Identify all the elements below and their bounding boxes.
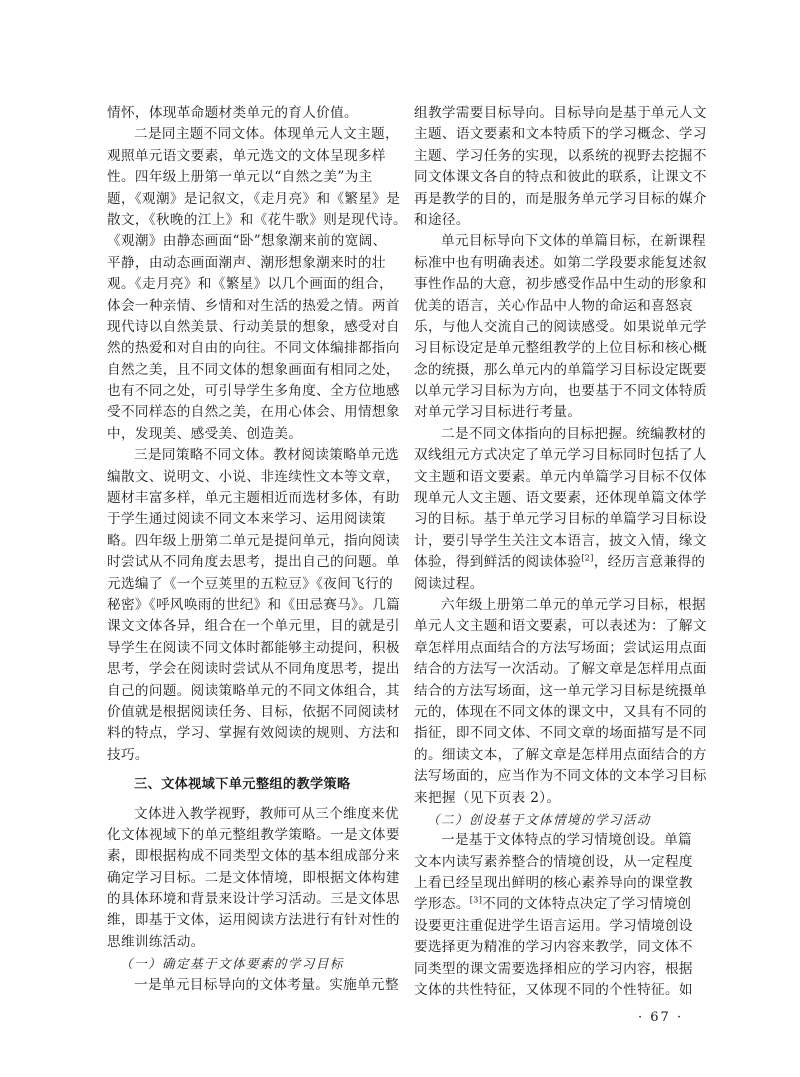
text-line: 章怎样用点面结合的方法写场面；尝试运用点面: [414, 638, 709, 659]
text-line: 学形态。[3]不同的文体特点决定了学习情境创: [414, 894, 709, 915]
text-line: 文主题和语文要素。单元内单篇学习目标不仅体: [414, 467, 709, 488]
line-text: 思考，学会在阅读时尝试从不同角度思考，提出: [107, 661, 400, 677]
line-text: 编散文、说明文、小说、非连续性文本等文章，: [107, 469, 400, 485]
text-line: 也有不同之处，可引导学生多角度、全方位地感: [107, 381, 402, 402]
text-line: 技巧。: [107, 745, 402, 766]
text-line: 结合的方法写场面，这一单元学习目标是统摄单: [414, 681, 709, 702]
right-column: 组教学需要目标导向。目标导向是基于单元人文主题、语文要素和文本特质下的学习概念、…: [414, 103, 709, 1001]
text-line: 乐，与他人交流自己的阅读感受。如果说单元学: [414, 317, 709, 338]
line-text: 主题、语文要素和文本特质下的学习概念、学习: [414, 126, 707, 142]
text-line: 文本内读写素养整合的情境创设，从一定程度: [414, 852, 709, 873]
text-line: 的。细读文本，了解文章是怎样用点面结合的方: [414, 745, 709, 766]
line-text: 思维训练活动。: [107, 934, 205, 950]
text-line: 现单元人文主题、语文要素，还体现单篇文体学: [414, 488, 709, 509]
text-line: 自己的问题。阅读策略单元的不同文体组合，其: [107, 681, 402, 702]
line-text: 以单元学习目标为方向，也要基于不同文体特质: [414, 383, 707, 399]
line-text: 自己的问题。阅读策略单元的不同文体组合，其: [107, 683, 400, 699]
citation-reference: [2]: [581, 554, 593, 563]
line-text: （一）确定基于文体要素的学习目标: [120, 956, 344, 971]
line-text: 单元目标导向下文体的单篇目标，在新课程: [441, 233, 706, 249]
line-text: 三是同策略不同文体。教材阅读策略单元选: [134, 447, 399, 463]
left-column: 情怀，体现革命题材类单元的育人价值。二是同主题不同文体。体现单元人文主题，观照单…: [107, 103, 402, 996]
line-text-continued: 不同的文体特点决定了学习情境创: [482, 896, 691, 912]
line-text: 二是不同文体指向的目标把握。统编教材的: [441, 426, 706, 442]
text-line: 编散文、说明文、小说、非连续性文本等文章，: [107, 467, 402, 488]
text-line: 自然之美，且不同文体的想象画面有相同之处，: [107, 360, 402, 381]
line-text: 体会一种亲情、乡情和对生活的热爱之情。两首: [107, 298, 400, 314]
text-line: 以单元学习目标为方向，也要基于不同文体特质: [414, 381, 709, 402]
line-text: 念的统摄，那么单元内的单篇学习目标设定既要: [414, 362, 707, 378]
line-text: 观照单元语文要素，单元选文的文体呈现多样: [107, 148, 386, 164]
line-text: 技巧。: [107, 747, 149, 763]
text-line: 化文体视域下的单元整组教学策略。一是文体要: [107, 825, 402, 846]
line-text: 现单元人文主题、语文要素，还体现单篇文体学: [414, 490, 707, 506]
line-text: 法写场面的，应当作为不同文体的文本学习目标: [414, 768, 707, 784]
line-text: 指征，即不同文体、不同文章的场面描写是不同: [414, 725, 707, 741]
line-text: 的具体环境和背景来设计学习活动。三是文体思: [107, 891, 400, 907]
line-text: 《观潮》由静态画面“卧”想象潮来前的宽阔、: [107, 233, 387, 249]
line-text: （二）创设基于文体情境的学习活动: [427, 812, 651, 827]
line-text: 性。四年级上册第一单元以“自然之美”为主: [107, 169, 373, 185]
text-line: 结合的方法写一次活动。了解文章是怎样用点面: [414, 659, 709, 680]
text-line: 一是单元目标导向的文体考量。实施单元整: [107, 975, 402, 996]
text-line: 事性作品的大意，初步感受作品中生动的形象和: [414, 274, 709, 295]
line-text: 素，即根据构成不同类型文体的基本组成部分来: [107, 848, 400, 864]
text-line: 六年级上册第二单元的单元学习目标，根据: [414, 595, 709, 616]
text-line: 习的目标。基于单元学习目标的单篇学习目标设: [414, 509, 709, 530]
text-line: 题材丰富多样，单元主题相近而选材多体，有助: [107, 488, 402, 509]
line-text: 价值就是根据阅读任务、目标，依据不同阅读材: [107, 704, 400, 720]
text-line: 散文，《秋晚的江上》和《花牛歌》则是现代诗。: [107, 210, 402, 231]
text-line: 主题、学习任务的实现，以系统的视野去挖掘不: [414, 146, 709, 167]
line-text: 平静，由动态画面潮声、潮形想象潮来时的壮: [107, 255, 386, 271]
text-line: 中，发现美、感受美、创造美。: [107, 424, 402, 445]
text-line: 导学生在阅读不同文体时都能够主动提问，积极: [107, 638, 402, 659]
line-text: 设要更注重促进学生语言运用。学习情境创设: [414, 918, 693, 934]
text-line: 略。四年级上册第二单元是提问单元，指向阅读: [107, 531, 402, 552]
text-line: 确定学习目标。二是文体情境，即根据文体构建: [107, 868, 402, 889]
text-line: 主题、语文要素和文本特质下的学习概念、学习: [414, 124, 709, 145]
text-line: 再是教学的目的，而是服务单元学习目标的媒介: [414, 189, 709, 210]
text-line: 和途径。: [414, 210, 709, 231]
line-text: 来把握（见下页表 2）。: [414, 790, 560, 806]
text-line: 平静，由动态画面潮声、潮形想象潮来时的壮: [107, 253, 402, 274]
line-text: 一是单元目标导向的文体考量。实施单元整: [134, 977, 399, 993]
line-text: 课文文体各异，组合在一个单元里，目的就是引: [107, 618, 400, 634]
line-text: 体验，得到鲜活的阅读体验: [414, 554, 581, 570]
line-text: 六年级上册第二单元的单元学习目标，根据: [441, 597, 706, 613]
citation-reference: [3]: [470, 896, 482, 905]
line-text: 文主题和语文要素。单元内单篇学习目标不仅体: [414, 469, 707, 485]
text-line: 受不同样态的自然之美，在用心体会、用情想象: [107, 402, 402, 423]
line-text: 中，发现美、感受美、创造美。: [107, 426, 302, 442]
line-text: 文本内读写素养整合的情境创设，从一定程度: [414, 854, 693, 870]
text-line: 素，即根据构成不同类型文体的基本组成部分来: [107, 846, 402, 867]
text-line: 元的，体现在不同文体的课文中，又具有不同的: [414, 702, 709, 723]
text-line: 秘密》《呼风唤雨的世纪》和《田忌赛马》。几篇: [107, 595, 402, 616]
text-line: 观照单元语文要素，单元选文的文体呈现多样: [107, 146, 402, 167]
line-text: 对单元学习目标进行考量。: [414, 404, 581, 420]
text-line: 体会一种亲情、乡情和对生活的热爱之情。两首: [107, 296, 402, 317]
line-text: 元的，体现在不同文体的课文中，又具有不同的: [414, 704, 707, 720]
text-line: 优美的语言，关心作品中人物的命运和喜怒哀: [414, 296, 709, 317]
subsection-heading: （二）创设基于文体情境的学习活动: [414, 809, 709, 830]
line-text: 习目标设定是单元整组教学的上位目标和核心概: [414, 340, 707, 356]
text-line: 思维训练活动。: [107, 932, 402, 953]
text-line: 时尝试从不同角度去思考，提出自己的问题。单: [107, 552, 402, 573]
line-text: 二是同主题不同文体。体现单元人文主题，: [134, 126, 399, 142]
line-text: 要选择更为精准的学习内容来教学，同文体不: [414, 939, 693, 955]
text-line: 单元目标导向下文体的单篇目标，在新课程: [414, 231, 709, 252]
line-text: 时尝试从不同角度去思考，提出自己的问题。单: [107, 554, 400, 570]
line-text: 事性作品的大意，初步感受作品中生动的形象和: [414, 276, 707, 292]
line-text-continued: ，经历言意兼得的: [594, 554, 706, 570]
text-line: 同类型的课文需要选择相应的学习内容，根据: [414, 959, 709, 980]
text-line: 对单元学习目标进行考量。: [414, 402, 709, 423]
text-line: 维，即基于文体，运用阅读方法进行有针对性的: [107, 910, 402, 931]
text-line: 念的统摄，那么单元内的单篇学习目标设定既要: [414, 360, 709, 381]
line-text: 文体的共性特征，又体现不同的个性特征。如: [414, 982, 693, 998]
text-line: 料的特点，学习、掌握有效阅读的规则、方法和: [107, 723, 402, 744]
line-text: 于学生通过阅读不同文本来学习、运用阅读策: [107, 511, 386, 527]
line-text: 三、文体视域下单元整组的教学策略: [134, 777, 351, 792]
line-text: 散文，《秋晚的江上》和《花牛歌》则是现代诗。: [107, 212, 407, 228]
line-text: 文体进入教学视野，教师可从三个维度来优: [134, 806, 399, 822]
line-text: 标准中也有明确表述。如第二学段要求能复述叙: [414, 255, 707, 271]
text-line: 然的热爱和对自由的向往。不同文体编排都指向: [107, 338, 402, 359]
line-text: 受不同样态的自然之美，在用心体会、用情想象: [107, 404, 400, 420]
line-text: 情怀，体现革命题材类单元的育人价值。: [107, 105, 358, 121]
line-text: 章怎样用点面结合的方法写场面；尝试运用点面: [414, 640, 707, 656]
page-number: · 67 ·: [638, 1010, 683, 1025]
line-text: 题材丰富多样，单元主题相近而选材多体，有助: [107, 490, 400, 506]
section-heading: 三、文体视域下单元整组的教学策略: [107, 774, 402, 795]
text-line: 二是不同文体指向的目标把握。统编教材的: [414, 424, 709, 445]
text-line: 法写场面的，应当作为不同文体的文本学习目标: [414, 766, 709, 787]
line-text: 同类型的课文需要选择相应的学习内容，根据: [414, 961, 693, 977]
text-line: 计，要引导学生关注文本语言，披文入情，缘文: [414, 531, 709, 552]
subsection-heading: （一）确定基于文体要素的学习目标: [107, 953, 402, 974]
text-line: 体验，得到鲜活的阅读体验[2]，经历言意兼得的: [414, 552, 709, 573]
line-text: 一是基于文体特点的学习情境创设。单篇: [441, 832, 692, 848]
text-line: 单元人文主题和语文要素，可以表述为：了解文: [414, 616, 709, 637]
line-text: 阅读过程。: [414, 576, 484, 592]
text-line: 上看已经呈现出鲜明的核心素养导向的课堂教: [414, 873, 709, 894]
text-line: 文体进入教学视野，教师可从三个维度来优: [107, 804, 402, 825]
text-line: 课文文体各异，组合在一个单元里，目的就是引: [107, 616, 402, 637]
line-text: 化文体视域下的单元整组教学策略。一是文体要: [107, 827, 400, 843]
line-text: 题，《观潮》是记叙文，《走月亮》和《繁星》是: [107, 191, 400, 207]
line-text: 秘密》《呼风唤雨的世纪》和《田忌赛马》。几篇: [107, 597, 400, 613]
line-text: 料的特点，学习、掌握有效阅读的规则、方法和: [107, 725, 400, 741]
line-text: 学形态。: [414, 896, 470, 912]
line-text: 观。《走月亮》和《繁星》以几个画面的组合，: [107, 276, 393, 292]
line-text: 维，即基于文体，运用阅读方法进行有针对性的: [107, 912, 400, 928]
line-text: 导学生在阅读不同文体时都能够主动提问，积极: [107, 640, 400, 656]
line-text: 双线组元方式决定了单元学习目标同时包括了人: [414, 447, 707, 463]
line-text: 再是教学的目的，而是服务单元学习目标的媒介: [414, 191, 707, 207]
text-line: 设要更注重促进学生语言运用。学习情境创设: [414, 916, 709, 937]
text-line: 组教学需要目标导向。目标导向是基于单元人文: [414, 103, 709, 124]
text-line: 三是同策略不同文体。教材阅读策略单元选: [107, 445, 402, 466]
line-text: 同文体课文各自的特点和彼此的联系，让课文不: [414, 169, 707, 185]
text-line: 价值就是根据阅读任务、目标，依据不同阅读材: [107, 702, 402, 723]
line-text: 也有不同之处，可引导学生多角度、全方位地感: [107, 383, 400, 399]
line-text: 主题、学习任务的实现，以系统的视野去挖掘不: [414, 148, 707, 164]
text-line: 观。《走月亮》和《繁星》以几个画面的组合，: [107, 274, 402, 295]
text-line: 《观潮》由静态画面“卧”想象潮来前的宽阔、: [107, 231, 402, 252]
line-text: 组教学需要目标导向。目标导向是基于单元人文: [414, 105, 707, 121]
text-line: 文体的共性特征，又体现不同的个性特征。如: [414, 980, 709, 1001]
text-line: 思考，学会在阅读时尝试从不同角度思考，提出: [107, 659, 402, 680]
text-line: 题，《观潮》是记叙文，《走月亮》和《繁星》是: [107, 189, 402, 210]
text-line: 的具体环境和背景来设计学习活动。三是文体思: [107, 889, 402, 910]
text-line: 情怀，体现革命题材类单元的育人价值。: [107, 103, 402, 124]
line-text: 计，要引导学生关注文本语言，披文入情，缘文: [414, 533, 707, 549]
text-line: 标准中也有明确表述。如第二学段要求能复述叙: [414, 253, 709, 274]
text-line: 习目标设定是单元整组教学的上位目标和核心概: [414, 338, 709, 359]
text-line: 于学生通过阅读不同文本来学习、运用阅读策: [107, 509, 402, 530]
text-line: 要选择更为精准的学习内容来教学，同文体不: [414, 937, 709, 958]
text-line: 一是基于文体特点的学习情境创设。单篇: [414, 830, 709, 851]
text-line: 同文体课文各自的特点和彼此的联系，让课文不: [414, 167, 709, 188]
line-text: 优美的语言，关心作品中人物的命运和喜怒哀: [414, 298, 693, 314]
line-text: 元选编了《一个豆荚里的五粒豆》《夜间飞行的: [107, 576, 393, 592]
line-text: 结合的方法写一次活动。了解文章是怎样用点面: [414, 661, 707, 677]
line-text: 略。四年级上册第二单元是提问单元，指向阅读: [107, 533, 400, 549]
text-line: 指征，即不同文体、不同文章的场面描写是不同: [414, 723, 709, 744]
text-line: 二是同主题不同文体。体现单元人文主题，: [107, 124, 402, 145]
text-line: 阅读过程。: [414, 574, 709, 595]
text-line: 元选编了《一个豆荚里的五粒豆》《夜间飞行的: [107, 574, 402, 595]
line-text: 上看已经呈现出鲜明的核心素养导向的课堂教: [414, 875, 693, 891]
line-text: 然的热爱和对自由的向往。不同文体编排都指向: [107, 340, 400, 356]
line-text: 习的目标。基于单元学习目标的单篇学习目标设: [414, 511, 707, 527]
text-line: 现代诗以自然美景、行动美景的想象，感受对自: [107, 317, 402, 338]
text-line: 性。四年级上册第一单元以“自然之美”为主: [107, 167, 402, 188]
text-line: 双线组元方式决定了单元学习目标同时包括了人: [414, 445, 709, 466]
line-text: 单元人文主题和语文要素，可以表述为：了解文: [414, 618, 707, 634]
text-line: 来把握（见下页表 2）。: [414, 788, 709, 809]
line-text: 确定学习目标。二是文体情境，即根据文体构建: [107, 870, 400, 886]
line-text: 和途径。: [414, 212, 470, 228]
line-text: 自然之美，且不同文体的想象画面有相同之处，: [107, 362, 400, 378]
line-text: 结合的方法写场面，这一单元学习目标是统摄单: [414, 683, 707, 699]
line-text: 的。细读文本，了解文章是怎样用点面结合的方: [414, 747, 707, 763]
line-text: 乐，与他人交流自己的阅读感受。如果说单元学: [414, 319, 707, 335]
line-text: 现代诗以自然美景、行动美景的想象，感受对自: [107, 319, 400, 335]
